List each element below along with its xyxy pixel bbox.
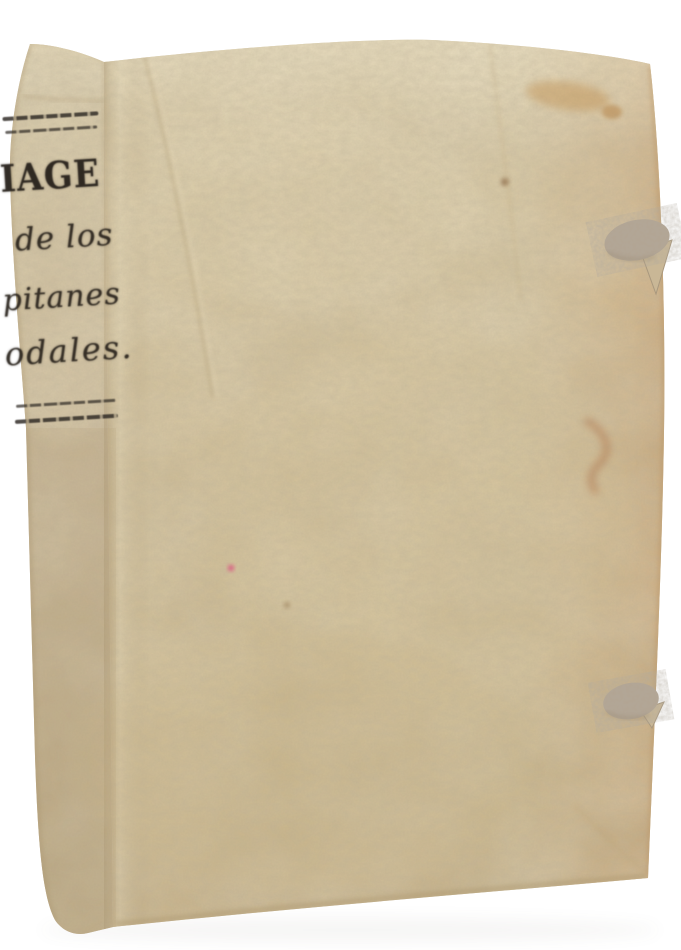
- photo-canvas: IAGE de los pitanes odales.: [0, 0, 681, 950]
- book-illustration: [0, 0, 681, 950]
- texture-overlays: [0, 0, 681, 950]
